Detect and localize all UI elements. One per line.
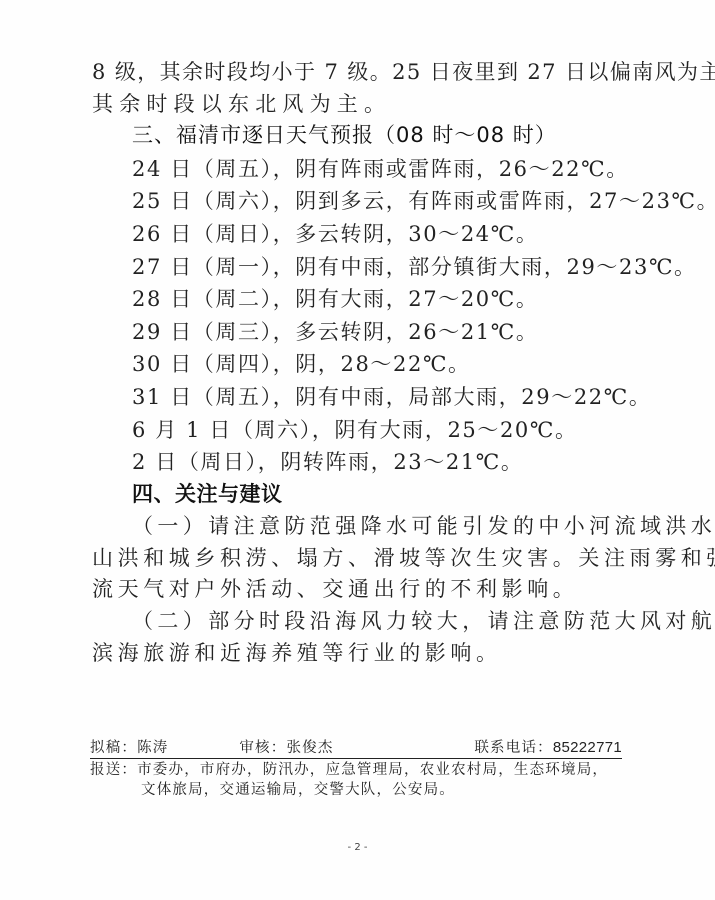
phone-number: 85222771 xyxy=(553,739,622,756)
reviewer-name: 张俊杰 xyxy=(286,740,333,756)
distribution-line-2: 文体旅局，交通运输局，交警大队，公安局。 xyxy=(141,780,673,800)
forecast-item: 25 日（周六），阴到多云，有阵雨或雷阵雨，27～23℃。 xyxy=(132,187,715,215)
forecast-item: 24 日（周五），阴有阵雨或雷阵雨，26～22℃。 xyxy=(132,155,629,183)
reviewer-field: 审核：张俊杰 xyxy=(239,738,333,758)
forecast-item: 26 日（周日），多云转阴，30～24℃。 xyxy=(132,220,538,248)
drafter-label: 拟稿： xyxy=(90,740,137,756)
reviewer-label: 审核： xyxy=(239,740,286,756)
suggestion-1-line-3: 流天气对户外活动、交通出行的不利影响。 xyxy=(92,575,578,603)
forecast-item: 29 日（周三），多云转阴，26～21℃。 xyxy=(132,318,538,346)
intro-line-2: 其余时段以东北风为主。 xyxy=(92,90,391,118)
drafter-name: 陈涛 xyxy=(137,740,168,756)
suggestion-1-line-1: （一）请注意防范强降水可能引发的中小河流域洪水、 xyxy=(132,512,715,540)
drafter-field: 拟稿：陈涛 xyxy=(90,738,169,758)
suggestion-1-line-2: 山洪和城乡积涝、塌方、滑坡等次生灾害。关注雨雾和强对 xyxy=(92,544,715,572)
section-3-heading: 三、福清市逐日天气预报（08 时～08 时） xyxy=(132,121,557,149)
forecast-item: 27 日（周一），阴有中雨，部分镇街大雨，29～23℃。 xyxy=(132,253,697,281)
forecast-item: 30 日（周四），阴，28～22℃。 xyxy=(132,350,471,378)
forecast-item: 6 月 1 日（周六），阴有大雨，25～20℃。 xyxy=(132,416,578,444)
distribution-line-1: 报送：市委办，市府办，防汛办，应急管理局，农业农村局，生态环境局， xyxy=(90,760,622,780)
section-4-heading: 四、关注与建议 xyxy=(132,480,283,508)
forecast-item: 31 日（周五），阴有中雨，局部大雨，29～22℃。 xyxy=(132,383,651,411)
phone-label: 联系电话： xyxy=(474,740,553,756)
phone-field: 联系电话：85222771 xyxy=(474,738,622,758)
footer-signature-row: 拟稿：陈涛 审核：张俊杰 联系电话：85222771 xyxy=(90,738,622,759)
forecast-item: 2 日（周日），阴转阵雨，23～21℃。 xyxy=(132,448,523,476)
suggestion-2-line-1: （二）部分时段沿海风力较大，请注意防范大风对航运、 xyxy=(132,607,715,635)
suggestion-2-line-2: 滨海旅游和近海养殖等行业的影响。 xyxy=(92,639,502,667)
document-page: 8 级，其余时段均小于 7 级。25 日夜里到 27 日以偏南风为主， 其余时段… xyxy=(0,0,715,900)
forecast-item: 28 日（周二），阴有大雨，27～20℃。 xyxy=(132,285,538,313)
page-number: - 2 - xyxy=(0,842,715,853)
intro-line-1: 8 级，其余时段均小于 7 级。25 日夜里到 27 日以偏南风为主， xyxy=(92,58,715,86)
